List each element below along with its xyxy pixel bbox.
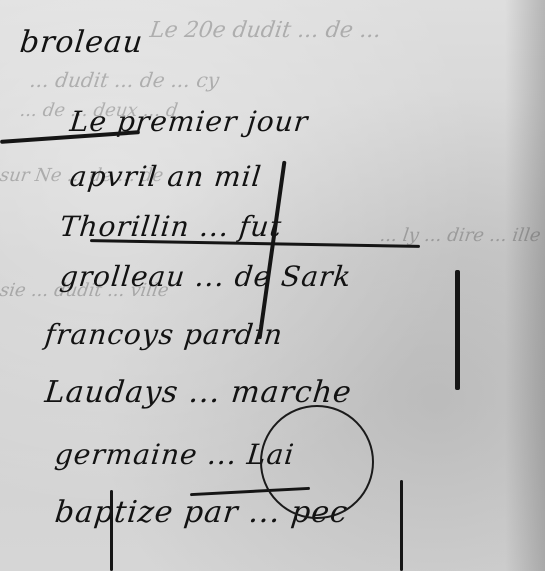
pen-stroke [110, 490, 113, 571]
pen-stroke [257, 161, 286, 340]
handwritten-line-6: francoys pardin [43, 318, 284, 351]
bleed-through-text: Le 20e dudit ... de ... [148, 18, 382, 43]
pen-flourish [260, 405, 374, 519]
handwritten-line-5: grolleau ... de Sark [58, 260, 353, 293]
handwritten-line-1: broleau [18, 25, 145, 60]
handwritten-line-3: apvril an mil [68, 160, 263, 193]
handwritten-line-4: Thorillin ... fut [58, 210, 283, 243]
page-edge-shadow [505, 0, 545, 571]
manuscript-page: Le 20e dudit ... de ... ... dudit ... de… [0, 0, 545, 571]
bleed-through-text: ... dudit ... de ... cy [28, 68, 220, 92]
pen-stroke [400, 480, 403, 571]
pen-stroke [455, 270, 460, 390]
